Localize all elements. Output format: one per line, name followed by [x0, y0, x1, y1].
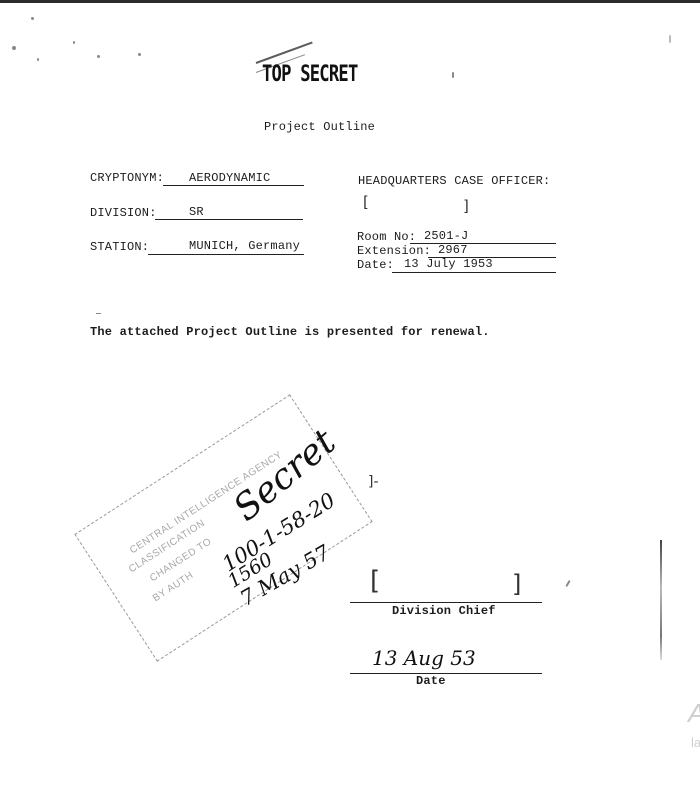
body-text: The attached Project Outline is presente… — [90, 325, 490, 339]
field-value-cryptonym: AERODYNAMIC — [189, 171, 270, 185]
field-value-station: MUNICH, Germany — [189, 239, 300, 253]
margin-line — [660, 540, 662, 660]
field-label-station: STATION: — [90, 240, 149, 254]
scan-speck — [96, 313, 101, 314]
top-border — [0, 0, 700, 3]
scan-speck — [31, 17, 34, 20]
scan-speck — [138, 53, 141, 56]
scan-speck — [97, 55, 100, 58]
document-title: Project Outline — [264, 120, 375, 134]
signature-line — [350, 602, 542, 603]
field-label-cryptonym: CRYPTONYM: — [90, 171, 164, 185]
division-chief-label: Division Chief — [392, 604, 496, 618]
date-line — [350, 673, 542, 674]
scan-speck — [452, 72, 454, 78]
field-label-date: Date: — [357, 258, 394, 272]
scan-speck — [12, 46, 16, 50]
field-value-date: 13 July 1953 — [404, 257, 493, 271]
stamp-tail-mark: ]- — [368, 474, 379, 490]
field-value-extension: 2967 — [438, 243, 468, 257]
field-label-room: Room No: — [357, 230, 416, 244]
redaction-close: ] — [463, 197, 469, 215]
redaction-open: [ — [363, 193, 369, 211]
field-underline — [410, 243, 556, 244]
scan-speck — [669, 35, 671, 43]
field-underline — [392, 272, 556, 273]
signature-redaction-close: ] — [512, 570, 521, 598]
field-underline — [148, 254, 304, 255]
classification-marking: TOP SECRET — [262, 62, 358, 87]
scan-speck — [37, 58, 39, 61]
scan-speck — [565, 580, 570, 587]
field-underline — [163, 185, 304, 186]
case-officer-label: HEADQUARTERS CASE OFFICER: — [358, 174, 550, 188]
edge-letter: A — [688, 698, 700, 729]
field-underline — [155, 219, 303, 220]
field-value-division: SR — [189, 205, 204, 219]
scan-speck — [73, 41, 75, 44]
field-value-room: 2501-J — [424, 229, 468, 243]
date-label: Date — [416, 674, 446, 688]
signature-redaction-open: [ — [370, 566, 380, 596]
field-label-extension: Extension: — [357, 244, 431, 258]
handwritten-approval-date: 13 Aug 53 — [372, 646, 476, 670]
field-label-division: DIVISION: — [90, 206, 157, 220]
edge-letter: la — [691, 735, 700, 750]
